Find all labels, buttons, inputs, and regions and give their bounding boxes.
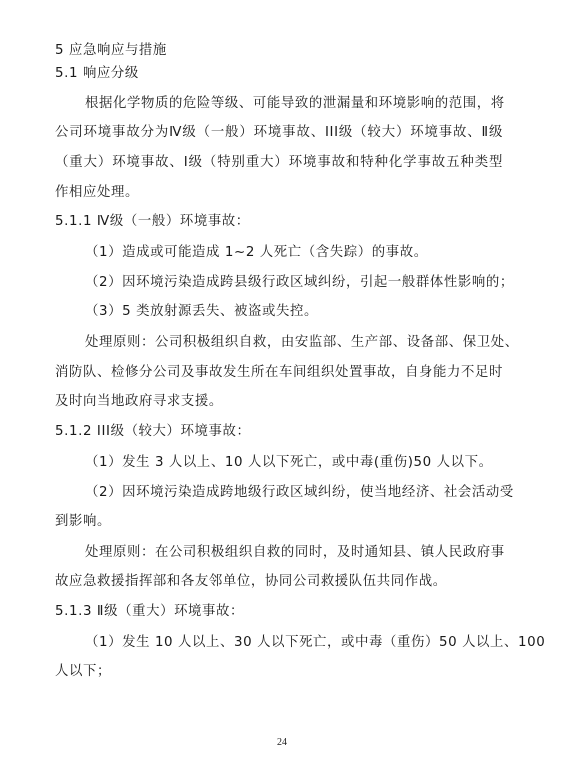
principle-line: 消防队、检修分公司及事故发生所在车间组织处置事故，自身能力不足时 (55, 364, 503, 382)
section-heading-5-1-3: 5.1.3 Ⅱ级（重大）环境事故： (55, 603, 503, 621)
section-heading-5-1-2: 5.1.2 III级（较大）环境事故： (55, 423, 503, 441)
page-number: 24 (272, 737, 292, 748)
paragraph-line: 根据化学物质的危险等级、可能导致的泄漏量和环境影响的范围，将 (85, 95, 503, 113)
list-item: （2）因环境污染造成跨县级行政区域纠纷，引起一般群体性影响的； (85, 274, 503, 292)
principle-line: 处理原则：在公司积极组织自救的同时，及时通知县、镇人民政府事 (85, 544, 503, 562)
list-item: （1）发生 3 人以上、10 人以下死亡，或中毒(重伤)50 人以下。 (85, 454, 503, 472)
principle-line: 及时向当地政府寻求支援。 (55, 393, 503, 411)
list-item: （1）造成或可能造成 1~2 人死亡（含失踪）的事故。 (85, 244, 503, 262)
list-item: （1）发生 10 人以上、30 人以下死亡，或中毒（重伤）50 人以上、100 (85, 634, 503, 652)
section-heading-5-1-1: 5.1.1 Ⅳ级（一般）环境事故： (55, 213, 503, 231)
list-item: 人以下； (55, 663, 503, 681)
paragraph-line: （重大）环境事故、Ⅰ级（特别重大）环境事故和特种化学事故五种类型 (55, 154, 503, 172)
list-item: （3）5 类放射源丢失、被盗或失控。 (85, 303, 503, 321)
principle-line: 故应急救援指挥部和各友邻单位，协同公司救援队伍共同作战。 (55, 573, 503, 591)
list-item: 到影响。 (55, 513, 503, 531)
document-page: 5 应急响应与措施 5.1 响应分级 根据化学物质的危险等级、可能导致的泄漏量和… (0, 0, 564, 778)
list-item: （2）因环境污染造成跨地级行政区域纠纷，使当地经济、社会活动受 (85, 484, 503, 502)
section-heading-5: 5 应急响应与措施 (55, 42, 503, 60)
paragraph-line: 公司环境事故分为Ⅳ级（一般）环境事故、III级（较大）环境事故、Ⅱ级 (55, 124, 503, 142)
paragraph-line: 作相应处理。 (55, 184, 503, 202)
section-heading-5-1: 5.1 响应分级 (55, 65, 503, 83)
principle-line: 处理原则：公司积极组织自救，由安监部、生产部、设备部、保卫处、 (85, 334, 503, 352)
